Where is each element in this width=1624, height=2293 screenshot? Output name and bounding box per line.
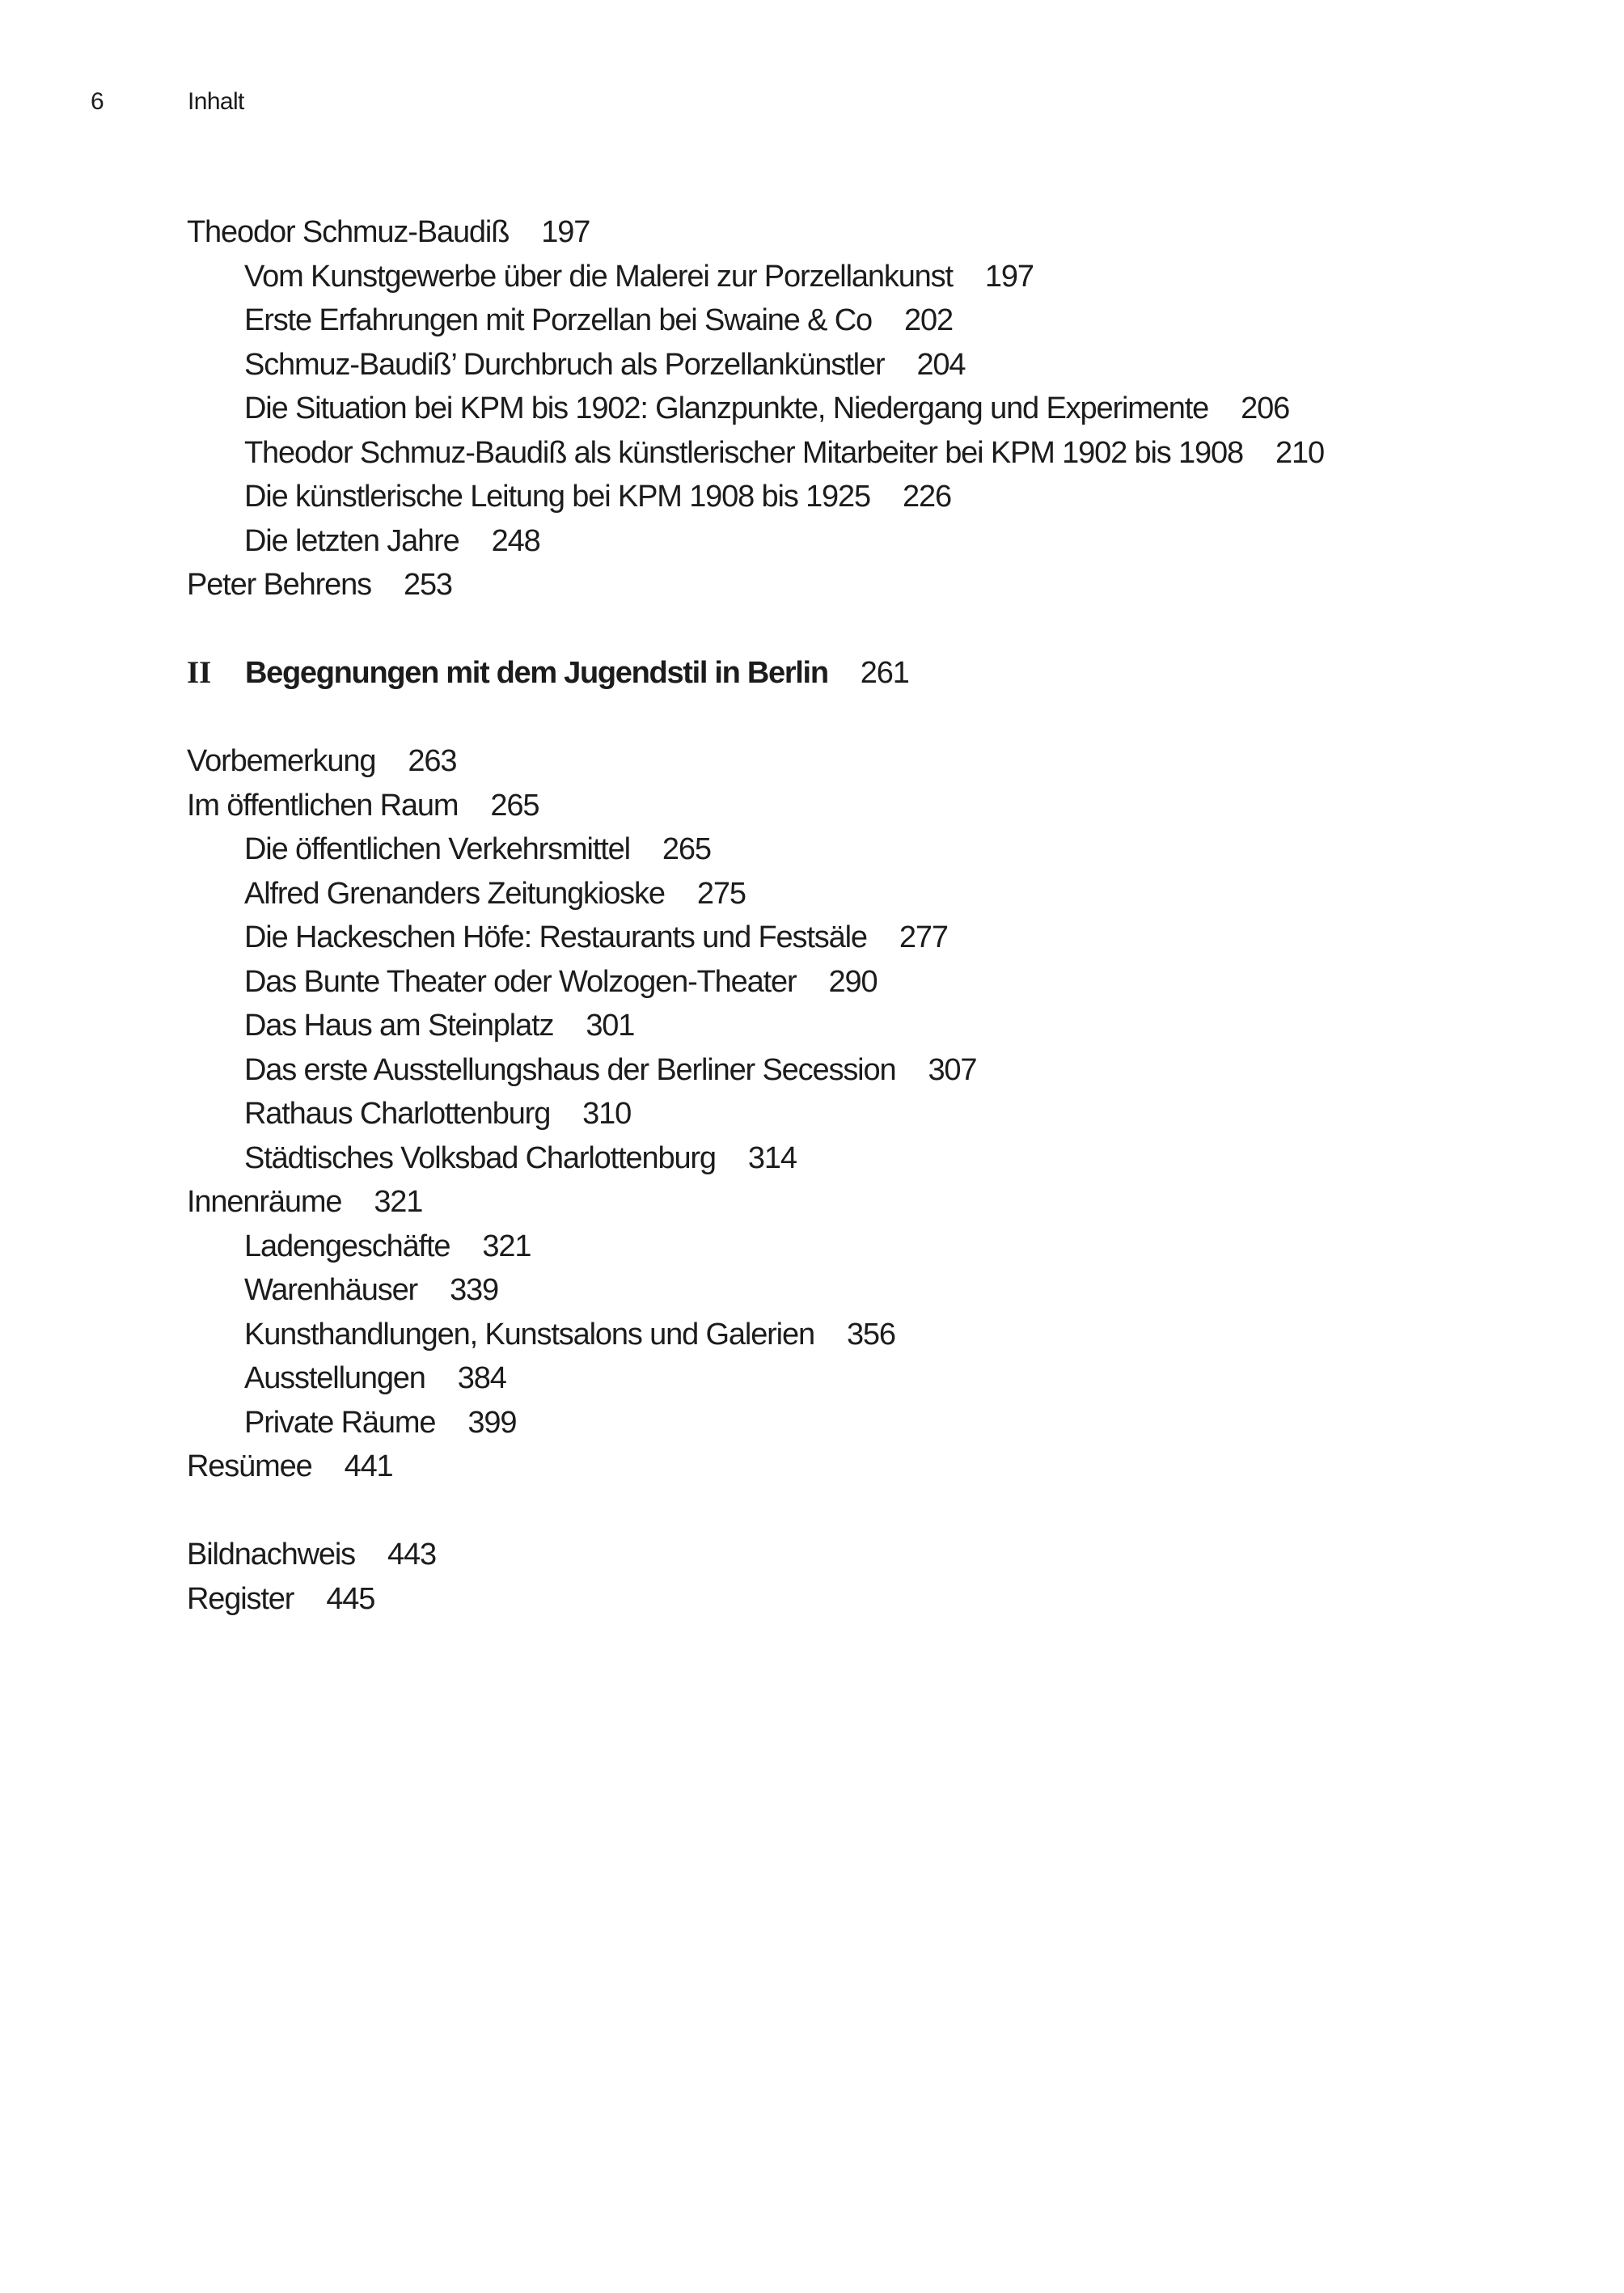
toc-entry-title: Bildnachweis — [187, 1538, 355, 1572]
toc-subentry: Die öffentlichen Verkehrsmittel265 — [244, 827, 711, 872]
toc-subentry: Vom Kunstgewerbe über die Malerei zur Po… — [244, 255, 1034, 299]
toc-entry-title: Theodor Schmuz-Baudiß als künstlerischer… — [244, 436, 1243, 470]
toc-entry-title: Ladengeschäfte — [244, 1229, 450, 1263]
toc-entry: Peter Behrens253 — [187, 563, 452, 607]
toc-entry-page: 384 — [458, 1361, 506, 1395]
toc-entry-page: 263 — [408, 744, 456, 778]
toc-entry-title: Das Haus am Steinplatz — [244, 1009, 553, 1043]
running-head: 6 Inhalt — [0, 86, 1624, 118]
toc-entry-title: Theodor Schmuz-Baudiß — [187, 215, 509, 249]
toc-subentry: Kunsthandlungen, Kunstsalons und Galerie… — [244, 1313, 895, 1357]
toc-entry-page: 253 — [404, 568, 452, 602]
toc-entry-title: Im öffentlichen Raum — [187, 789, 458, 823]
toc-entry-title: Die öffentlichen Verkehrsmittel — [244, 832, 630, 866]
toc-subentry: Schmuz-Baudiß’ Durchbruch als Porzellank… — [244, 343, 965, 387]
toc-entry-title: Vom Kunstgewerbe über die Malerei zur Po… — [244, 260, 953, 294]
toc-subentry: Ausstellungen384 — [244, 1356, 506, 1401]
toc-subentry: Ladengeschäfte321 — [244, 1225, 531, 1269]
toc-entry-page: 261 — [861, 656, 909, 690]
toc-subentry: Das Haus am Steinplatz301 — [244, 1004, 634, 1048]
toc-entry-title: Resümee — [187, 1449, 312, 1483]
toc-entry-title: Die letzten Jahre — [244, 524, 459, 558]
toc-entry-title: Das Bunte Theater oder Wolzogen-Theater — [244, 965, 797, 999]
toc-entry-page: 210 — [1275, 436, 1324, 470]
toc-entry: Bildnachweis443 — [187, 1533, 436, 1577]
toc-subentry: Das erste Ausstellungshaus der Berliner … — [244, 1048, 976, 1093]
toc-entry-page: 339 — [450, 1273, 498, 1307]
page-number: 6 — [91, 86, 104, 118]
toc-entry-page: 314 — [748, 1141, 797, 1175]
toc-entry-title: Schmuz-Baudiß’ Durchbruch als Porzellank… — [244, 348, 884, 382]
toc-entry-title: Rathaus Charlottenburg — [244, 1097, 550, 1131]
toc-entry-title: Kunsthandlungen, Kunstsalons und Galerie… — [244, 1318, 814, 1352]
toc-entry-page: 275 — [697, 877, 746, 911]
toc-entry-page: 356 — [847, 1318, 895, 1352]
toc-entry-page: 265 — [490, 789, 539, 823]
toc-entry-title: Das erste Ausstellungshaus der Berliner … — [244, 1053, 895, 1087]
toc-part-heading: IIBegegnungen mit dem Jugendstil in Berl… — [187, 651, 909, 696]
toc-entry-title: Private Räume — [244, 1406, 435, 1440]
toc-entry: Resümee441 — [187, 1445, 393, 1489]
toc-entry-title: Register — [187, 1582, 294, 1616]
toc-entry-title: Alfred Grenanders Zeitungkioske — [244, 877, 665, 911]
toc-entry-page: 441 — [345, 1449, 393, 1483]
toc-entry-page: 277 — [899, 920, 948, 954]
toc-entry-page: 307 — [928, 1053, 976, 1087]
toc-subentry: Die künstlerische Leitung bei KPM 1908 b… — [244, 475, 951, 519]
toc-entry-title: Warenhäuser — [244, 1273, 417, 1307]
toc-entry-page: 310 — [582, 1097, 631, 1131]
toc-entry-title: Erste Erfahrungen mit Porzellan bei Swai… — [244, 303, 872, 337]
toc-entry: Theodor Schmuz-Baudiß197 — [187, 210, 590, 255]
toc-entry-page: 265 — [662, 832, 711, 866]
toc-entry-title: Ausstellungen — [244, 1361, 425, 1395]
toc-subentry: Die Situation bei KPM bis 1902: Glanzpun… — [244, 387, 1289, 431]
document-page: 6 Inhalt Theodor Schmuz-Baudiß197 Vom Ku… — [0, 0, 1624, 2293]
toc-entry-title: Die Hackeschen Höfe: Restaurants und Fes… — [244, 920, 867, 954]
toc-entry-page: 197 — [541, 215, 590, 249]
toc-entry: Register445 — [187, 1577, 374, 1622]
toc-subentry: Alfred Grenanders Zeitungkioske275 — [244, 872, 746, 916]
toc-subentry: Die letzten Jahre248 — [244, 519, 540, 564]
toc-entry-page: 321 — [482, 1229, 531, 1263]
toc-subentry: Warenhäuser339 — [244, 1268, 498, 1313]
toc-entry-page: 248 — [492, 524, 540, 558]
toc-subentry: Das Bunte Theater oder Wolzogen-Theater2… — [244, 960, 877, 1005]
toc-entry-title: Städtisches Volksbad Charlottenburg — [244, 1141, 716, 1175]
toc-entry-title: Peter Behrens — [187, 568, 371, 602]
toc-entry-page: 226 — [903, 480, 951, 514]
toc-entry: Innenräume321 — [187, 1180, 422, 1225]
toc-entry-page: 197 — [985, 260, 1034, 294]
toc-subentry: Theodor Schmuz-Baudiß als künstlerischer… — [244, 431, 1324, 476]
toc-subentry: Rathaus Charlottenburg310 — [244, 1092, 631, 1136]
toc-entry-page: 399 — [467, 1406, 516, 1440]
running-head-title: Inhalt — [188, 86, 244, 118]
toc-entry-page: 321 — [374, 1185, 422, 1219]
part-number: II — [187, 651, 245, 696]
toc-subentry: Städtisches Volksbad Charlottenburg314 — [244, 1136, 797, 1181]
toc-entry-page: 301 — [586, 1009, 634, 1043]
toc-entry-page: 204 — [916, 348, 965, 382]
toc-subentry: Erste Erfahrungen mit Porzellan bei Swai… — [244, 298, 953, 343]
toc-entry-page: 290 — [829, 965, 878, 999]
toc-entry-page: 443 — [387, 1538, 436, 1572]
toc-entry-title: Innenräume — [187, 1185, 341, 1219]
toc-entry: Im öffentlichen Raum265 — [187, 784, 539, 828]
toc-subentry: Die Hackeschen Höfe: Restaurants und Fes… — [244, 916, 948, 960]
toc-entry-title: Die künstlerische Leitung bei KPM 1908 b… — [244, 480, 870, 514]
toc-subentry: Private Räume399 — [244, 1401, 516, 1445]
toc-entry-title: Die Situation bei KPM bis 1902: Glanzpun… — [244, 391, 1208, 425]
toc-entry-page: 206 — [1241, 391, 1289, 425]
toc-entry-page: 445 — [326, 1582, 374, 1616]
toc-entry-title: Vorbemerkung — [187, 744, 375, 778]
toc-entry-page: 202 — [904, 303, 953, 337]
toc-entry: Vorbemerkung263 — [187, 739, 456, 784]
part-title: Begegnungen mit dem Jugendstil in Berlin — [245, 656, 828, 690]
